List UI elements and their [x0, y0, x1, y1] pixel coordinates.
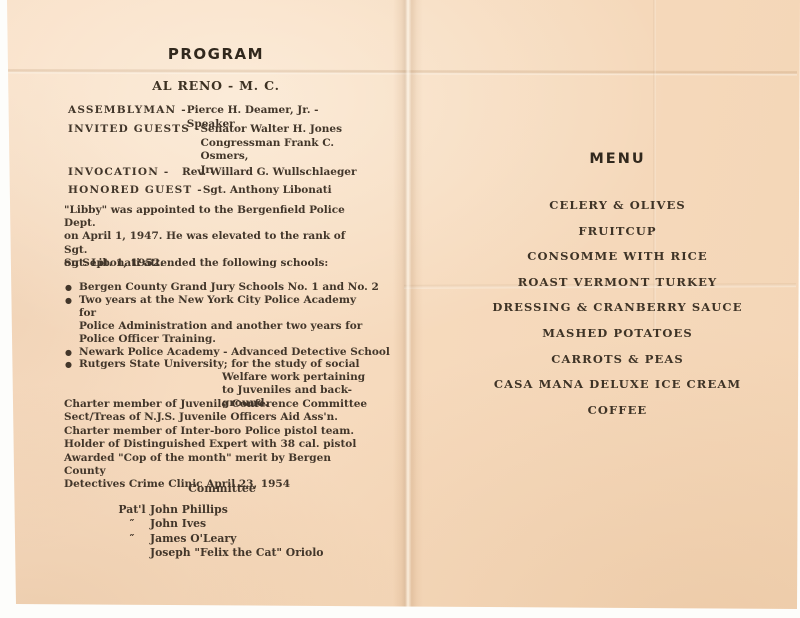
mc-line: AL RENO - M. C.: [66, 78, 366, 93]
committee-name: John Ives: [150, 517, 206, 531]
menu-item: CONSOMME WITH RICE: [450, 250, 785, 263]
list-item: ● Bergen County Grand Jury Schools No. 1…: [64, 281, 369, 294]
role-row-honored-guest: HONORED GUEST - Sgt. Anthony Libonati: [68, 184, 370, 198]
honors-paragraph: Charter member of Juvenile Conference Co…: [64, 398, 372, 492]
role-row-invocation: INVOCATION - Rev. Willard G. Wullschlaeg…: [68, 166, 370, 180]
role-label: INVOCATION -: [68, 166, 182, 180]
menu-item: DRESSING & CRANBERRY SAUCE: [450, 301, 785, 314]
scanned-program-menu: PROGRAM AL RENO - M. C. ASSEMBLYMAN - Pi…: [0, 0, 800, 618]
ditto-mark: ″: [114, 532, 150, 546]
committee-title: Committee: [66, 482, 378, 495]
list-item: ● Newark Police Academy - Advanced Detec…: [64, 346, 369, 359]
committee-row: Joseph "Felix the Cat" Oriolo: [114, 546, 324, 560]
menu-item: CASA MANA DELUXE ICE CREAM: [450, 378, 785, 391]
menu-item: CELERY & OLIVES: [450, 199, 785, 212]
menu-item: CARROTS & PEAS: [450, 353, 785, 366]
committee-name: James O'Leary: [150, 532, 236, 546]
role-value: Sgt. Anthony Libonati: [203, 184, 332, 198]
center-fold: [393, 0, 423, 618]
menu-item: COFFEE: [450, 404, 785, 417]
committee-rank: [114, 546, 150, 560]
role-value: Rev. Willard G. Wullschlaeger: [182, 166, 357, 180]
program-title: PROGRAM: [116, 45, 316, 63]
school-text: Newark Police Academy - Advanced Detecti…: [79, 346, 369, 359]
committee-row: Pat'l John Phillips: [114, 503, 324, 517]
bullet-icon: ●: [65, 346, 72, 359]
committee-rank: Pat'l: [114, 503, 150, 517]
committee-list: Pat'l John Phillips ″ John Ives ″ James …: [114, 503, 324, 561]
committee-row: ″ John Ives: [114, 517, 324, 531]
committee-row: ″ James O'Leary: [114, 532, 324, 546]
ditto-mark: ″: [114, 517, 150, 531]
menu-title: MENU: [450, 151, 785, 167]
schools-list: ● Bergen County Grand Jury Schools No. 1…: [64, 281, 369, 410]
bullet-icon: ●: [65, 281, 72, 294]
school-text: Bergen County Grand Jury Schools No. 1 a…: [79, 281, 369, 294]
list-item: ● Two years at the New York City Police …: [64, 294, 369, 346]
bullet-icon: ●: [65, 358, 72, 371]
committee-name: John Phillips: [150, 503, 228, 517]
menu-item: ROAST VERMONT TURKEY: [450, 276, 785, 289]
committee-name: Joseph "Felix the Cat" Oriolo: [150, 546, 324, 560]
menu-item: MASHED POTATOES: [450, 327, 785, 340]
bullet-icon: ●: [65, 294, 72, 307]
menu-item: FRUITCUP: [450, 225, 785, 238]
schools-intro: Sgt. Libonati attended the following sch…: [64, 257, 372, 270]
school-text: Rutgers State University; for the study …: [79, 358, 369, 371]
menu-items: CELERY & OLIVES FRUITCUP CONSOMME WITH R…: [450, 199, 785, 417]
role-label: HONORED GUEST -: [68, 184, 203, 198]
school-text: Two years at the New York City Police Ac…: [79, 294, 369, 346]
